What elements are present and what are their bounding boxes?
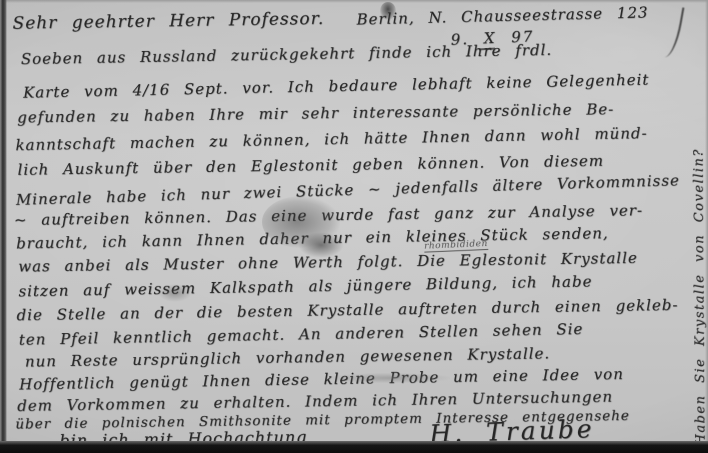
scan-edge-left xyxy=(0,0,7,453)
scan-edge-bottom xyxy=(0,441,708,453)
ink-smudge xyxy=(380,2,396,20)
eraser-smear xyxy=(330,373,450,383)
handwriting-layer: Sehr geehrter Herr Professor. Berlin, N.… xyxy=(0,0,708,453)
letter-line: kanntschaft machen zu können, ich hätte … xyxy=(15,124,647,154)
letter-line: lich Auskunft über den Eglestonit geben … xyxy=(17,152,604,179)
scan-edge-top xyxy=(0,0,708,3)
letter-line: sitzen auf weissem Kalkspath als jüngere… xyxy=(18,272,592,300)
address-line: Berlin, N. Chausseestrasse 123 xyxy=(356,3,648,28)
salutation: Sehr geehrter Herr Professor. xyxy=(12,9,324,34)
letter-line: Karte vom 4/16 Sept. vor. Ich bedaure le… xyxy=(23,71,650,102)
ink-smudge xyxy=(298,232,344,258)
letter-scan: Sehr geehrter Herr Professor. Berlin, N.… xyxy=(0,0,708,453)
ink-smudge xyxy=(158,284,192,302)
letter-line: gefunden zu haben Ihre mir sehr interess… xyxy=(17,100,614,126)
letter-line: Soeben aus Russland zurückgekehrt finde … xyxy=(21,41,553,68)
